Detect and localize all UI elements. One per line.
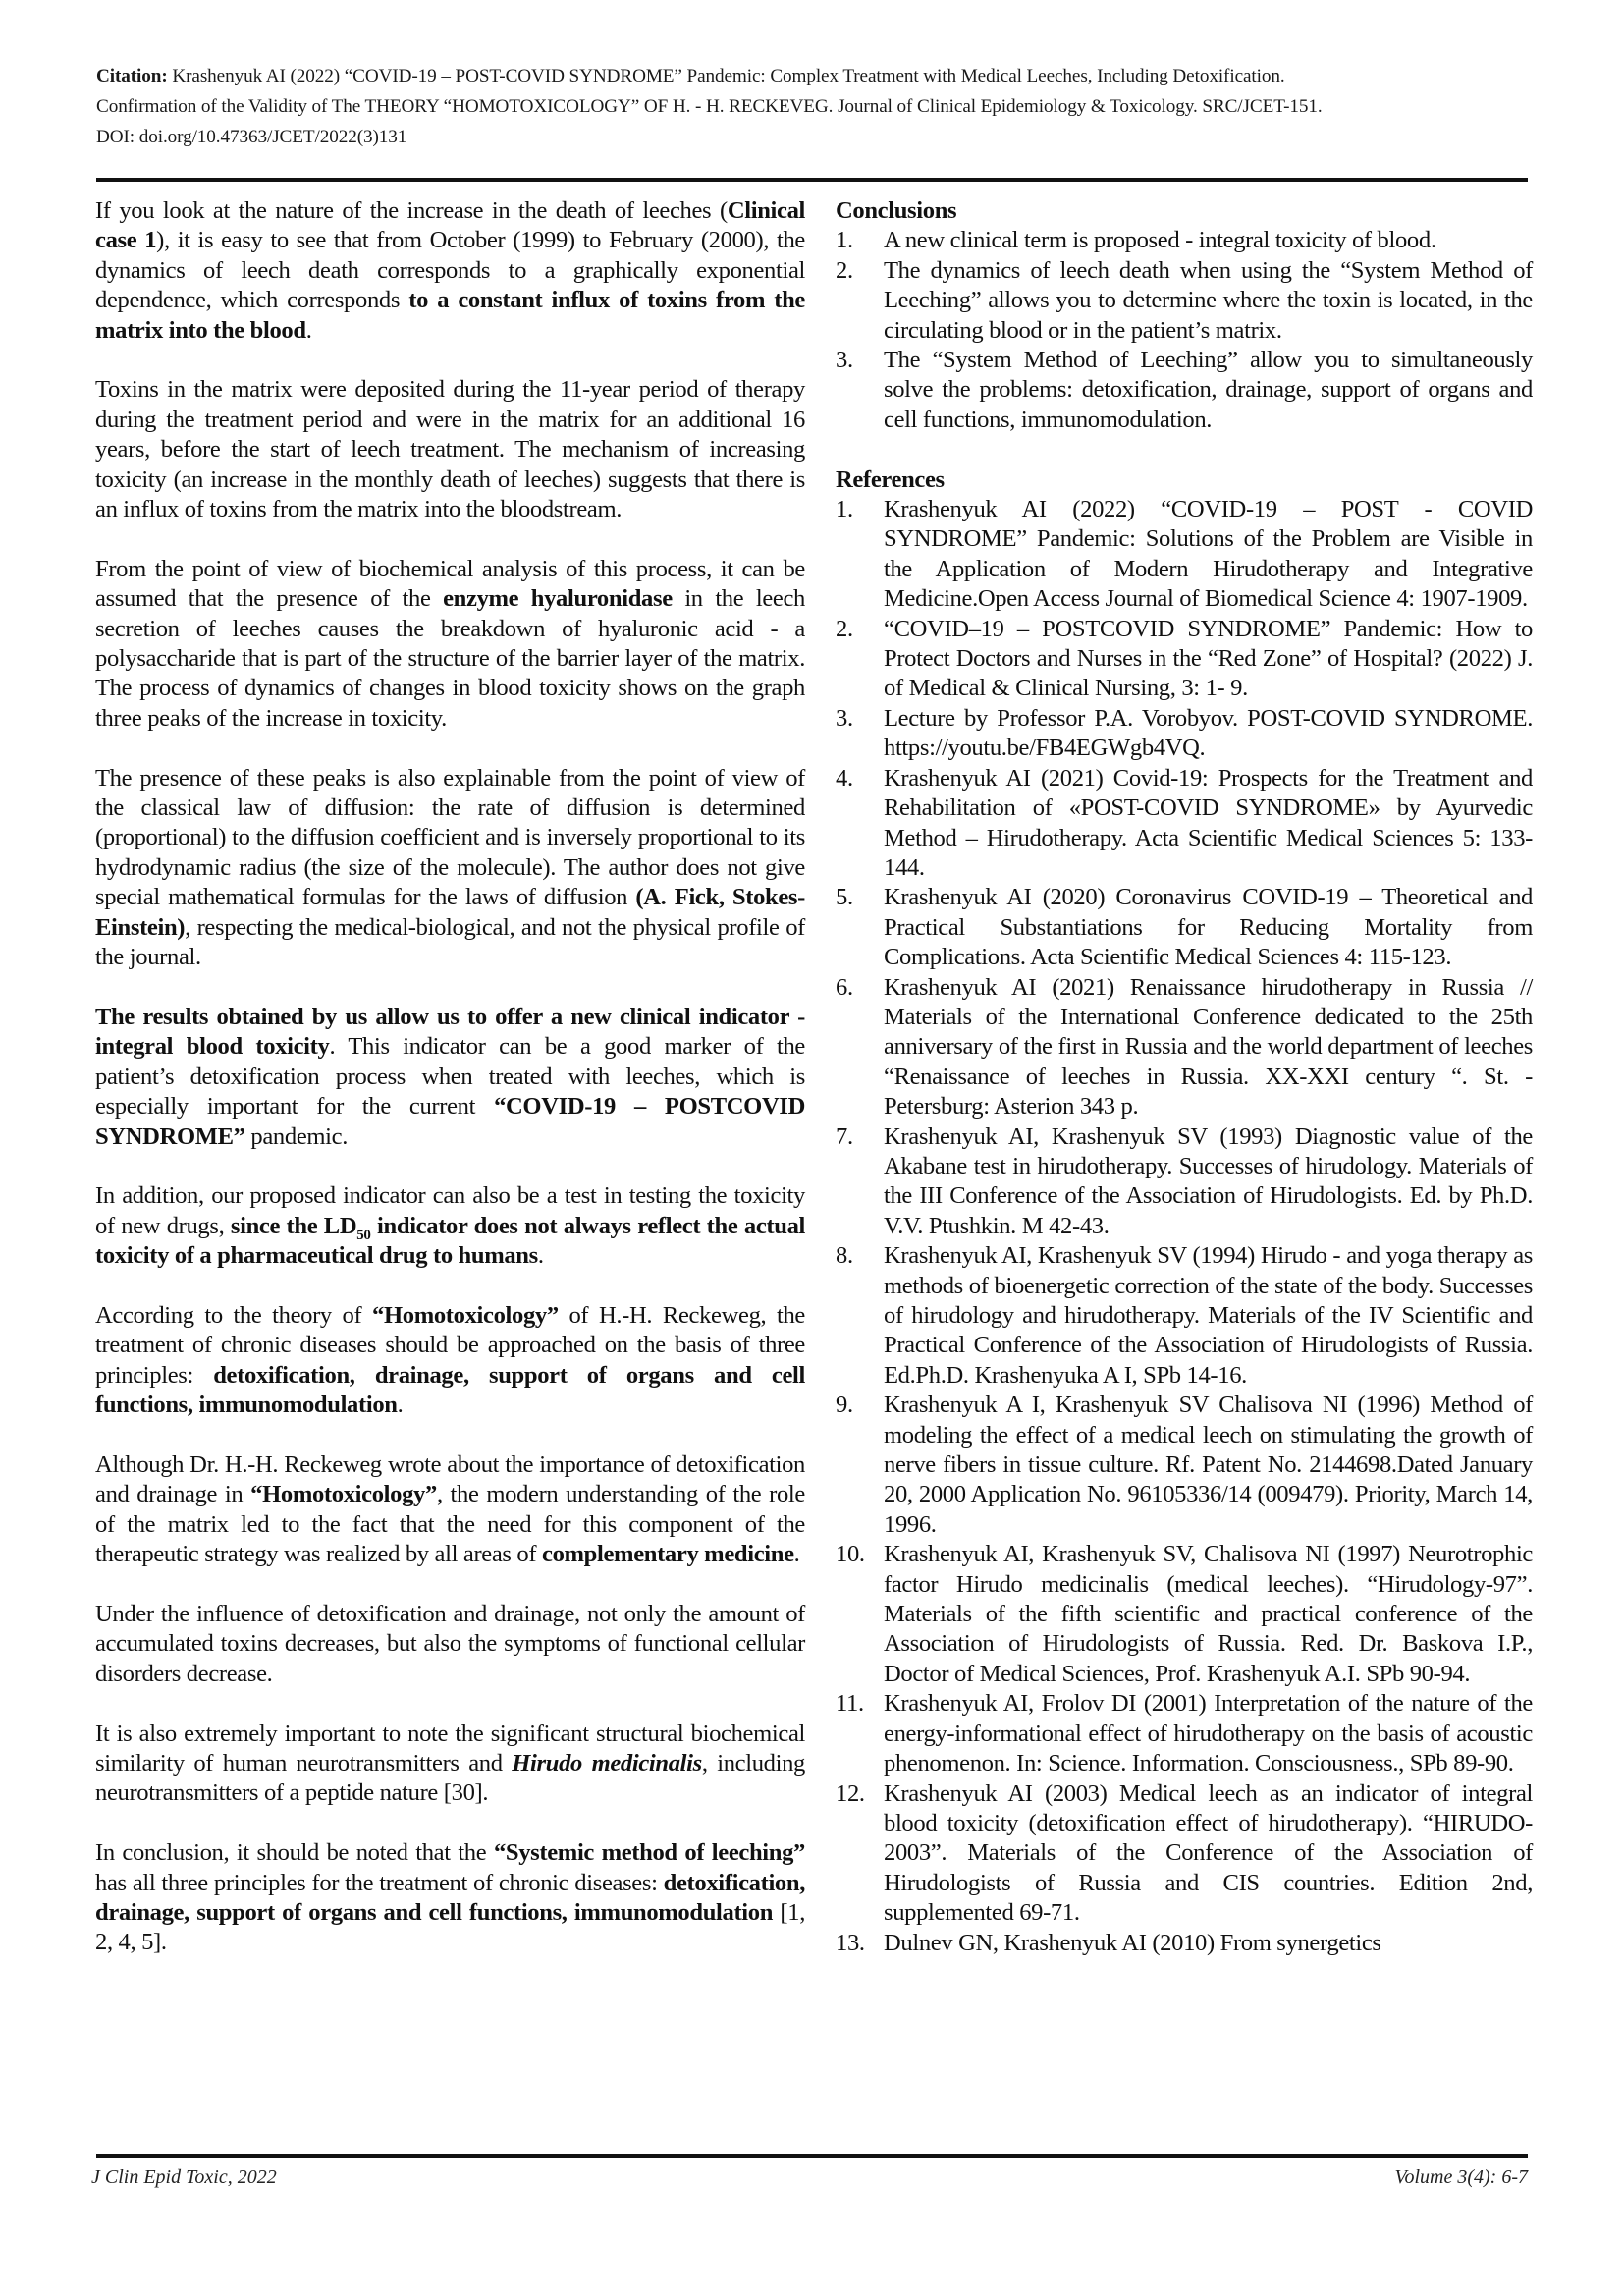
body-paragraph: Toxins in the matrix were deposited duri… — [95, 375, 805, 524]
emphasis-text: “Systemic method of leeching” — [494, 1839, 805, 1866]
reference-item-text: Dulnev GN, Krashenyuk AI (2010) From syn… — [884, 1930, 1381, 1956]
reference-item-number: 3. — [836, 704, 875, 734]
text-run: . — [538, 1242, 544, 1269]
conclusion-item-text: The dynamics of leech death when using t… — [884, 257, 1533, 344]
reference-item: 8.Krashenyuk AI, Krashenyuk SV (1994) Hi… — [836, 1241, 1533, 1391]
reference-item: 13.Dulnev GN, Krashenyuk AI (2010) From … — [836, 1929, 1533, 1958]
conclusion-item-text: The “System Method of Leeching” allow yo… — [884, 347, 1533, 433]
reference-item: 7.Krashenyuk AI, Krashenyuk SV (1993) Di… — [836, 1122, 1533, 1242]
reference-item-number: 8. — [836, 1241, 875, 1271]
text-run: Toxins in the matrix were deposited duri… — [95, 376, 805, 522]
reference-item: 2.“COVID–19 – POSTCOVID SYNDROME” Pandem… — [836, 615, 1533, 704]
text-run: If you look at the nature of the increas… — [95, 197, 728, 224]
citation-line-1: Citation: Krashenyuk AI (2022) “COVID-19… — [96, 61, 1530, 91]
reference-item-text: Krashenyuk AI (2021) Renaissance hirudot… — [884, 974, 1533, 1121]
reference-item-number: 4. — [836, 764, 875, 793]
text-run: . — [306, 317, 312, 344]
reference-item-text: Krashenyuk AI, Frolov DI (2001) Interpre… — [884, 1690, 1533, 1777]
reference-item-text: Lecture by Professor P.A. Vorobyov. POST… — [884, 705, 1533, 761]
reference-item: 12.Krashenyuk AI (2003) Medical leech as… — [836, 1779, 1533, 1929]
reference-item-text: “COVID–19 – POSTCOVID SYNDROME” Pandemic… — [884, 616, 1533, 702]
reference-item: 10.Krashenyuk AI, Krashenyuk SV, Chaliso… — [836, 1540, 1533, 1689]
text-run: has all three principles for the treatme… — [95, 1870, 664, 1896]
conclusions-list: 1.A new clinical term is proposed - inte… — [836, 226, 1533, 435]
conclusion-item: 3.The “System Method of Leeching” allow … — [836, 346, 1533, 435]
references-section: References 1.Krashenyuk AI (2022) “COVID… — [836, 465, 1533, 1958]
text-run: . — [398, 1392, 404, 1418]
citation-header: Citation: Krashenyuk AI (2022) “COVID-19… — [96, 61, 1530, 152]
reference-item-text: Krashenyuk AI (2003) Medical leech as an… — [884, 1780, 1533, 1927]
reference-item: 3.Lecture by Professor P.A. Vorobyov. PO… — [836, 704, 1533, 764]
conclusion-item-number: 2. — [836, 256, 875, 286]
text-run: , respecting the medical-biological, and… — [95, 914, 805, 970]
left-column: If you look at the nature of the increas… — [95, 196, 805, 1988]
reference-item-number: 12. — [836, 1779, 875, 1809]
reference-item-number: 11. — [836, 1689, 875, 1719]
references-list: 1.Krashenyuk AI (2022) “COVID-19 – POST … — [836, 495, 1533, 1958]
reference-item-number: 10. — [836, 1540, 875, 1569]
conclusion-item-number: 3. — [836, 346, 875, 375]
body-paragraph: If you look at the nature of the increas… — [95, 196, 805, 346]
body-paragraphs: If you look at the nature of the increas… — [95, 196, 805, 1958]
reference-item-number: 1. — [836, 495, 875, 524]
conclusions-section: Conclusions 1.A new clinical term is pro… — [836, 196, 1533, 435]
reference-item: 6.Krashenyuk AI (2021) Renaissance hirud… — [836, 973, 1533, 1122]
footer-journal: J Clin Epid Toxic, 2022 — [91, 2166, 277, 2189]
text-run: pandemic. — [245, 1123, 348, 1150]
reference-item-text: Krashenyuk AI (2020) Coronavirus COVID-1… — [884, 884, 1533, 970]
reference-item-text: Krashenyuk AI, Krashenyuk SV (1994) Hiru… — [884, 1242, 1533, 1389]
reference-item: 5.Krashenyuk AI (2020) Coronavirus COVID… — [836, 883, 1533, 972]
reference-item: 11.Krashenyuk AI, Frolov DI (2001) Inter… — [836, 1689, 1533, 1778]
reference-item-text: Krashenyuk A I, Krashenyuk SV Chalisova … — [884, 1392, 1533, 1538]
reference-item-number: 7. — [836, 1122, 875, 1152]
emphasis-text: “Homotoxicology” — [250, 1481, 437, 1507]
references-heading: References — [836, 465, 1533, 495]
reference-item-number: 9. — [836, 1391, 875, 1420]
body-paragraph: From the point of view of biochemical an… — [95, 555, 805, 734]
emphasis-text: “Homotoxicology” — [372, 1302, 559, 1329]
right-column: Conclusions 1.A new clinical term is pro… — [836, 196, 1533, 1958]
paper-page: Citation: Krashenyuk AI (2022) “COVID-19… — [0, 0, 1624, 2296]
reference-item-text: Krashenyuk AI, Krashenyuk SV (1993) Diag… — [884, 1123, 1533, 1239]
text-run: Under the influence of detoxification an… — [95, 1601, 805, 1687]
reference-item: 1.Krashenyuk AI (2022) “COVID-19 – POST … — [836, 495, 1533, 615]
reference-item: 4.Krashenyuk AI (2021) Covid-19: Prospec… — [836, 764, 1533, 884]
body-paragraph: According to the theory of “Homotoxicolo… — [95, 1301, 805, 1421]
text-run: According to the theory of — [95, 1302, 372, 1329]
footer-divider — [96, 2154, 1528, 2158]
emphasis-text: enzyme hyaluronidase — [443, 585, 673, 612]
reference-item-number: 5. — [836, 883, 875, 912]
citation-doi[interactable]: DOI: doi.org/10.47363/JCET/2022(3)131 — [96, 122, 1530, 152]
header-divider — [96, 178, 1528, 182]
emphasis-text: complementary medicine — [542, 1541, 794, 1567]
reference-item-text: Krashenyuk AI (2021) Covid-19: Prospects… — [884, 765, 1533, 881]
conclusion-item: 2.The dynamics of leech death when using… — [836, 256, 1533, 346]
reference-item-text: Krashenyuk AI, Krashenyuk SV, Chalisova … — [884, 1541, 1533, 1687]
citation-label: Citation: — [96, 66, 168, 86]
emphasis-text: since the LD — [231, 1213, 356, 1239]
text-run: In conclusion, it should be noted that t… — [95, 1839, 494, 1866]
body-paragraph: Although Dr. H.-H. Reckeweg wrote about … — [95, 1450, 805, 1570]
emphasis-text: Hirudo medicinalis — [512, 1750, 702, 1777]
emphasis-text: 50 — [356, 1228, 370, 1243]
reference-item-number: 6. — [836, 973, 875, 1003]
reference-item-text: Krashenyuk AI (2022) “COVID-19 – POST - … — [884, 496, 1533, 612]
reference-item-number: 13. — [836, 1929, 875, 1958]
reference-item-number: 2. — [836, 615, 875, 644]
text-run: . — [794, 1541, 800, 1567]
body-paragraph: Under the influence of detoxification an… — [95, 1600, 805, 1689]
conclusions-heading: Conclusions — [836, 196, 1533, 226]
body-paragraph: In conclusion, it should be noted that t… — [95, 1838, 805, 1958]
conclusion-item: 1.A new clinical term is proposed - inte… — [836, 226, 1533, 255]
citation-line-2: Confirmation of the Validity of The THEO… — [96, 91, 1530, 122]
body-paragraph: The presence of these peaks is also expl… — [95, 764, 805, 973]
footer-volume: Volume 3(4): 6-7 — [1394, 2166, 1528, 2189]
body-paragraph: The results obtained by us allow us to o… — [95, 1003, 805, 1152]
conclusion-item-text: A new clinical term is proposed - integr… — [884, 227, 1436, 253]
conclusion-item-number: 1. — [836, 226, 875, 255]
reference-item: 9.Krashenyuk A I, Krashenyuk SV Chalisov… — [836, 1391, 1533, 1540]
body-paragraph: It is also extremely important to note t… — [95, 1720, 805, 1809]
body-paragraph: In addition, our proposed indicator can … — [95, 1181, 805, 1271]
